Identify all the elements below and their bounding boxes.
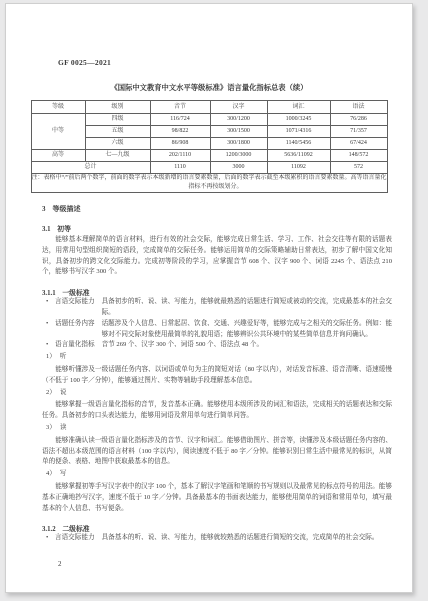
skill-heading-speaking: 2）说 [46,388,392,399]
document-page: GF 0025—2021 《国际中文教育中文水平等级标准》语言量化指标总表（续）… [5,3,413,593]
skill-paragraph-writing: 能够掌握初等手写汉字表中的汉字 100 个，基本了解汉字笔画和笔顺的书写规则以及… [42,482,392,514]
table-row: 六级 86/908 300/1800 1140/5456 67/424 [31,138,387,150]
bullet-item-quant-indicators: • 语言量化指标 音节 269 个、汉字 300 个、词语 500 个、语法点 … [46,340,392,351]
total-label: 总计 [31,162,150,174]
table-note-text: 注：表格中“/”前后两个数字，前面的数字表示本级新增的语言要素数量，后面的数字表… [32,174,387,192]
col-header-syllables: 音节 [150,101,210,114]
skill-paragraph-speaking: 能够掌握一级语言量化指标的音节，发音基本正确。能够使用本级所涉及的词汇和语法，完… [42,400,392,422]
col-header-level: 等级 [31,101,85,114]
bullet-label: 言语交际能力 [55,297,95,319]
table-cell: 71/357 [330,126,387,138]
bullet-text: 音节 269 个、汉字 300 个、词语 500 个、语法点 48 个。 [102,340,392,351]
bullet-icon: • [46,533,55,544]
col-header-grammar: 语法 [330,101,387,114]
table-cell: 300/1500 [210,126,267,138]
doc-code: GF 0025—2021 [58,58,412,67]
table-cell: 300/1800 [210,138,267,150]
skill-paragraph-reading: 能够准确认读一级语言量化指标涉及的音节、汉字和词汇。能够借助图片、拼音等，读懂涉… [42,436,392,468]
table-total-row: 总计 1110 3000 11092 572 [31,162,387,174]
bullet-text: 具备初步的听、说、读、写能力，能够就最熟悉的话题进行简短或被动的交流，完成最基本… [102,297,392,319]
skill-name: 说 [60,389,67,396]
section-heading-3-1-2: 3.1.2 二级标准 [42,523,392,533]
table-cell: 1200/3000 [210,150,267,162]
skill-paragraph-listening: 能够听懂涉及一级话题任务内容、以词语或单句为主的简短对话（80 字以内），对话发… [42,365,392,387]
table-cell: 3000 [210,162,267,174]
quant-indicator-table: 等级 级别 音节 汉字 词汇 语法 中等 四级 116/724 300/1200… [31,100,388,193]
table-cell: 11092 [267,162,330,174]
table-cell: 76/286 [330,114,387,126]
skill-name: 听 [60,353,67,360]
table-note-row: 注：表格中“/”前后两个数字，前面的数字表示本级新增的语言要素数量，后面的数字表… [31,174,387,193]
table-cell: 1071/4316 [267,126,330,138]
table-row: 五级 98/822 300/1500 1071/4316 71/357 [31,126,387,138]
skill-number: 1） [46,353,56,360]
table-row: 中等 四级 116/724 300/1200 1000/3245 76/286 [31,114,387,126]
table-row: 高等 七—九级 202/1110 1200/3000 5636/11092 14… [31,150,387,162]
skill-number: 2） [46,389,56,396]
table-cell: 148/572 [330,150,387,162]
table-cell: 四级 [85,114,150,126]
table-cell: 67/424 [330,138,387,150]
bullet-icon: • [46,297,55,319]
bullet-label: 话题任务内容 [55,319,95,341]
skill-name: 写 [60,470,67,477]
table-cell: 86/908 [150,138,210,150]
col-header-grade: 级别 [85,101,150,114]
group-label-intermediate: 中等 [31,114,85,150]
skill-number: 3） [46,424,56,431]
bullet-icon: • [46,340,55,351]
col-header-vocabulary: 词汇 [267,101,330,114]
table-cell: 六级 [85,138,150,150]
paragraph-3-1: 能够基本理解简单的语言材料，进行有效的社会交际，能够完成日常生活、学习、工作、社… [42,235,392,278]
skill-heading-listening: 1）听 [46,352,392,363]
page-number: 2 [58,560,412,568]
table-cell: 1140/5456 [267,138,330,150]
bullet-text: 具备基本的听、说、读、写能力，能够就较熟悉的话题进行简短的交流，完成简单的社会交… [102,533,392,544]
bullet-label: 言语交际能力 [55,533,95,544]
skill-heading-writing: 4）写 [46,469,392,480]
skill-name: 读 [60,424,67,431]
skill-number: 4） [46,470,56,477]
bullet-icon: • [46,319,55,341]
skill-heading-reading: 3）读 [46,423,392,434]
section-heading-3-1: 3.1 初等 [42,223,392,233]
bullet-item-communication-l2: • 言语交际能力 具备基本的听、说、读、写能力，能够就较熟悉的话题进行简短的交流… [46,533,392,544]
table-cell: 98/822 [150,126,210,138]
table-cell: 202/1110 [150,150,210,162]
table-cell: 116/724 [150,114,210,126]
table-cell: 1000/3245 [267,114,330,126]
table-note: 注：表格中“/”前后两个数字，前面的数字表示本级新增的语言要素数量，后面的数字表… [31,174,387,193]
table-cell: 七—九级 [85,150,150,162]
table-cell: 572 [330,162,387,174]
table-title: 《国际中文教育中文水平等级标准》语言量化指标总表（续） [6,83,412,93]
col-header-characters: 汉字 [210,101,267,114]
section-heading-3: 3 等级描述 [42,204,392,214]
bullet-text: 话题涉及个人信息、日常起居、饮食、交通、兴趣爱好等，能够完成与之相关的交际任务。… [102,319,392,341]
table-header-row: 等级 级别 音节 汉字 词汇 语法 [31,101,387,114]
bullet-label: 语言量化指标 [55,340,95,351]
table-cell: 五级 [85,126,150,138]
table-cell: 1110 [150,162,210,174]
table-cell: 300/1200 [210,114,267,126]
table-cell: 5636/11092 [267,150,330,162]
bullet-item-communication: • 言语交际能力 具备初步的听、说、读、写能力，能够就最熟悉的话题进行简短或被动… [46,297,392,319]
section-heading-3-1-1: 3.1.1 一级标准 [42,287,392,297]
bullet-item-topics: • 话题任务内容 话题涉及个人信息、日常起居、饮食、交通、兴趣爱好等，能够完成与… [46,319,392,341]
group-label-advanced: 高等 [31,150,85,162]
